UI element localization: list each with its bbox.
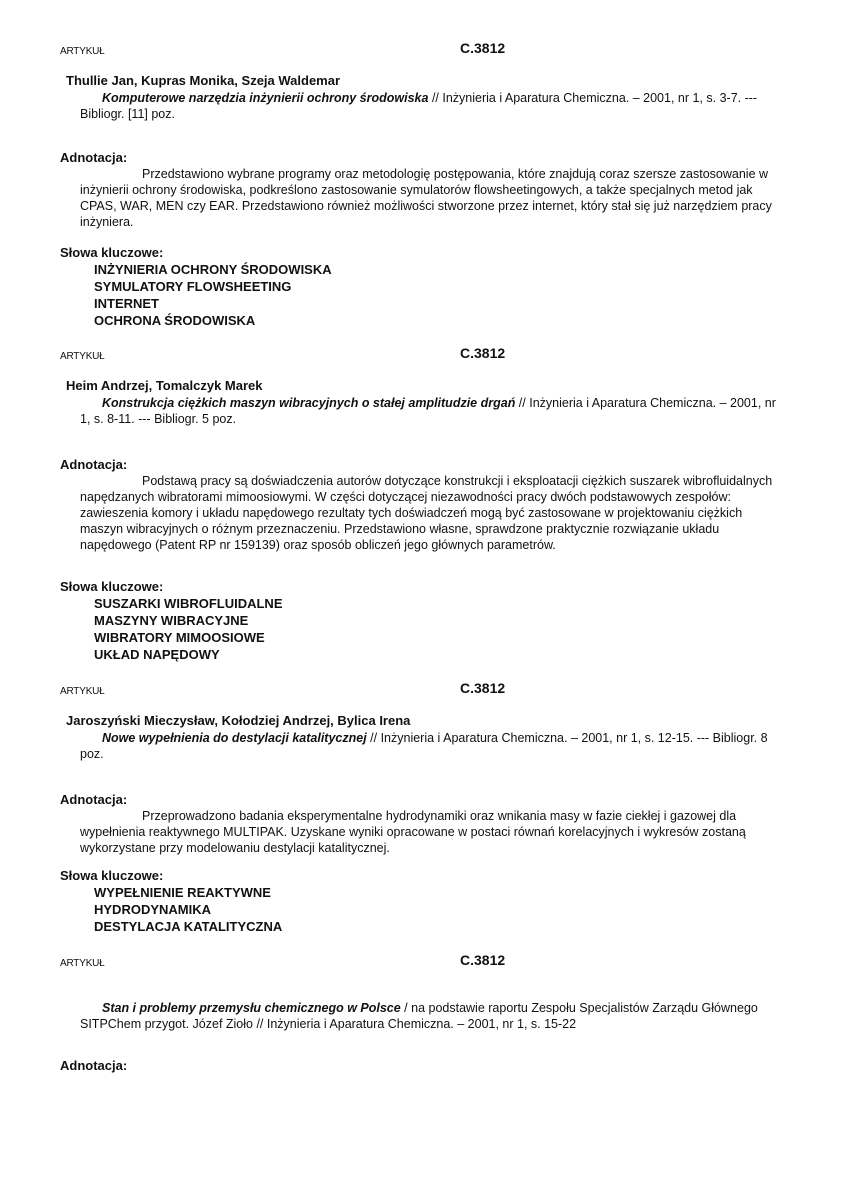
keyword: DESTYLACJA KATALITYCZNA [94, 918, 282, 935]
record-code: C.3812 [460, 345, 505, 361]
record-header: ARTYKUŁ C.3812 [0, 345, 846, 365]
annotation-text: Przeprowadzono badania eksperymentalne h… [80, 808, 785, 856]
keywords-label: Słowa kluczowe: [60, 245, 163, 261]
keyword: SUSZARKI WIBROFLUIDALNE [94, 595, 283, 612]
keyword: WIBRATORY MIMOOSIOWE [94, 629, 283, 646]
article-title: Nowe wypełnienia do destylacji katalityc… [102, 731, 367, 745]
article-title: Komputerowe narzędzia inżynierii ochrony… [102, 91, 428, 105]
keywords-label: Słowa kluczowe: [60, 579, 163, 595]
record-type: ARTYKUŁ [60, 349, 105, 365]
record-code: C.3812 [460, 952, 505, 968]
keyword: HYDRODYNAMIKA [94, 901, 282, 918]
record-3: ARTYKUŁ C.3812 Jaroszyński Mieczysław, K… [0, 680, 846, 700]
citation: Konstrukcja ciężkich maszyn wibracyjnych… [80, 395, 780, 427]
keywords-label: Słowa kluczowe: [60, 868, 163, 884]
citation: Stan i problemy przemysłu chemicznego w … [80, 1000, 780, 1032]
annotation-text: Przedstawiono wybrane programy oraz meto… [80, 166, 785, 230]
authors: Heim Andrzej, Tomalczyk Marek [66, 378, 263, 394]
keyword: MASZYNY WIBRACYJNE [94, 612, 283, 629]
record-code: C.3812 [460, 40, 505, 56]
record-type: ARTYKUŁ [60, 684, 105, 700]
record-header: ARTYKUŁ C.3812 [0, 680, 846, 700]
annotation-label: Adnotacja: [60, 150, 127, 166]
authors: Jaroszyński Mieczysław, Kołodziej Andrze… [66, 713, 410, 729]
citation: Komputerowe narzędzia inżynierii ochrony… [80, 90, 780, 122]
keyword: OCHRONA ŚRODOWISKA [94, 312, 332, 329]
record-code: C.3812 [460, 680, 505, 696]
keyword: INTERNET [94, 295, 332, 312]
keyword: INŻYNIERIA OCHRONY ŚRODOWISKA [94, 261, 332, 278]
keywords-list: WYPEŁNIENIE REAKTYWNE HYDRODYNAMIKA DEST… [94, 884, 282, 935]
record-2: ARTYKUŁ C.3812 Heim Andrzej, Tomalczyk M… [0, 345, 846, 365]
citation: Nowe wypełnienia do destylacji katalityc… [80, 730, 780, 762]
authors: Thullie Jan, Kupras Monika, Szeja Waldem… [66, 73, 340, 89]
keywords-list: INŻYNIERIA OCHRONY ŚRODOWISKA SYMULATORY… [94, 261, 332, 329]
record-header: ARTYKUŁ C.3812 [0, 40, 846, 60]
record-4: ARTYKUŁ C.3812 Stan i problemy przemysłu… [0, 952, 846, 972]
keywords-list: SUSZARKI WIBROFLUIDALNE MASZYNY WIBRACYJ… [94, 595, 283, 663]
keyword: WYPEŁNIENIE REAKTYWNE [94, 884, 282, 901]
record-1: ARTYKUŁ C.3812 Thullie Jan, Kupras Monik… [0, 40, 846, 60]
annotation-label: Adnotacja: [60, 792, 127, 808]
annotation-label: Adnotacja: [60, 1058, 127, 1074]
record-header: ARTYKUŁ C.3812 [0, 952, 846, 972]
record-type: ARTYKUŁ [60, 956, 105, 972]
annotation-text: Podstawą pracy są doświadczenia autorów … [80, 473, 785, 553]
article-title: Stan i problemy przemysłu chemicznego w … [102, 1001, 401, 1015]
keyword: UKŁAD NAPĘDOWY [94, 646, 283, 663]
annotation-label: Adnotacja: [60, 457, 127, 473]
article-title: Konstrukcja ciężkich maszyn wibracyjnych… [102, 396, 515, 410]
keyword: SYMULATORY FLOWSHEETING [94, 278, 332, 295]
record-type: ARTYKUŁ [60, 44, 105, 60]
